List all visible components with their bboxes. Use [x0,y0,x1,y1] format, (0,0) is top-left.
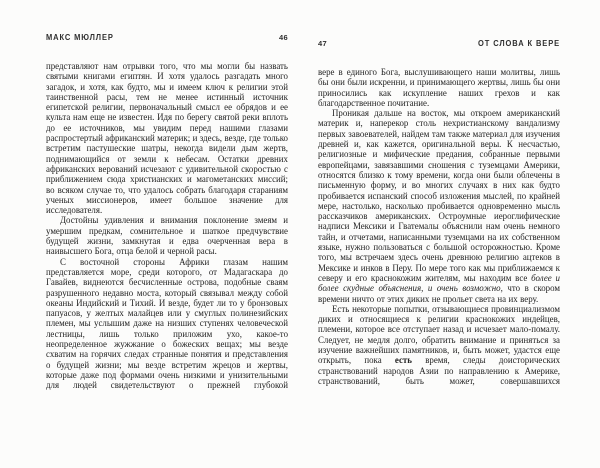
right-page-header: 47 ОТ СЛОВА К ВЕРЕ [318,39,560,48]
left-page: МАКС МЮЛЛЕР 46 представляют нам отрывки … [46,33,288,391]
paragraph: Достойны удивления и внимания поклонение… [46,215,288,256]
page-number-right: 47 [318,39,327,48]
right-page: 47 ОТ СЛОВА К ВЕРЕ вере в единого Бога, … [318,39,560,386]
book-spread: МАКС МЮЛЛЕР 46 представляют нам отрывки … [0,0,600,468]
right-page-body: вере в единого Бога, выслушивающего наши… [318,67,560,386]
text-run: представляют нам отрывки того, что мы мо… [46,61,288,215]
paragraph: вере в единого Бога, выслушивающего наши… [318,67,560,108]
text-run: Проникая дальше на восток, мы откроем ам… [318,108,560,283]
text-run: Достойны удивления и внимания поклонение… [46,215,288,256]
left-page-header: МАКС МЮЛЛЕР 46 [46,33,288,42]
left-page-body: представляют нам отрывки того, что мы мо… [46,61,288,391]
page-number-left: 46 [279,33,288,42]
bold-text: есть [395,355,412,365]
running-title-right: ОТ СЛОВА К ВЕРЕ [478,39,560,48]
text-run: вере в единого Бога, выслушивающего наши… [318,67,560,108]
paragraph: С восточной стороны Африки глазам нашим … [46,257,288,391]
text-run: С восточной стороны Африки глазам нашим … [46,257,288,391]
running-title-left: МАКС МЮЛЛЕР [46,33,114,42]
paragraph: представляют нам отрывки того, что мы мо… [46,61,288,215]
paragraph: Проникая дальше на восток, мы откроем ам… [318,108,560,304]
paragraph: Есть некоторые попытки, отзывающиеся про… [318,304,560,386]
